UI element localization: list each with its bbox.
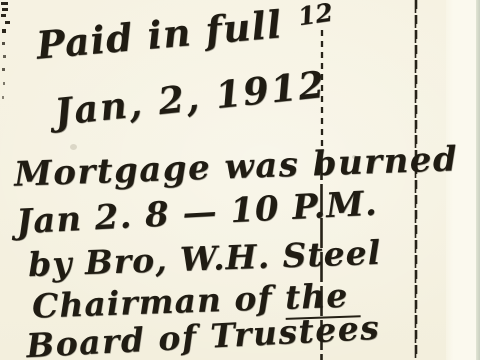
paper-smudge [70, 144, 77, 150]
scanned-document-page: 12 Paid in full Jan, 2, 1912 Mortgage wa… [0, 0, 480, 360]
binding-edge-marks [1, 2, 10, 99]
page-number: 12 [296, 0, 334, 31]
